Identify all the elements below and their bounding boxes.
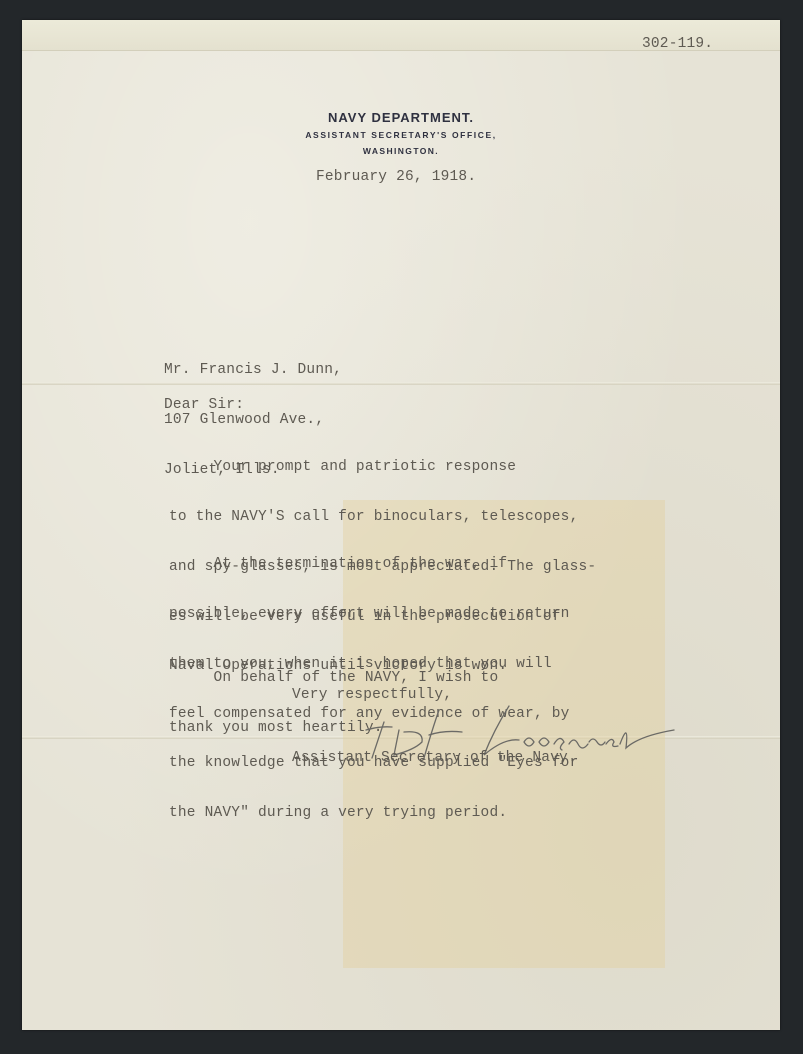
- letter-date: February 26, 1918.: [316, 169, 476, 186]
- file-number: 302-119.: [642, 36, 713, 53]
- recipient-name: Mr. Francis J. Dunn,: [164, 362, 342, 379]
- letterhead-subtitle: ASSISTANT SECRETARY'S OFFICE,: [22, 130, 780, 140]
- salutation: Dear Sir:: [164, 397, 244, 414]
- letterhead-title: NAVY DEPARTMENT.: [22, 110, 780, 125]
- letter-paper: 302-119. NAVY DEPARTMENT. ASSISTANT SECR…: [22, 20, 780, 1030]
- para-line: At the termination of the war, if: [169, 556, 578, 573]
- fold-line-upper: [22, 382, 780, 385]
- para-line: possible, every effort will be made to r…: [169, 606, 578, 623]
- para-line: Your prompt and patriotic response: [169, 459, 596, 476]
- para-line: the NAVY" during a very trying period.: [169, 805, 578, 822]
- letterhead-city: WASHINGTON.: [22, 146, 780, 156]
- signer-title: Assistant Secretary of the Navy.: [292, 750, 577, 767]
- para-line: On behalf of the NAVY, I wish to: [169, 670, 498, 687]
